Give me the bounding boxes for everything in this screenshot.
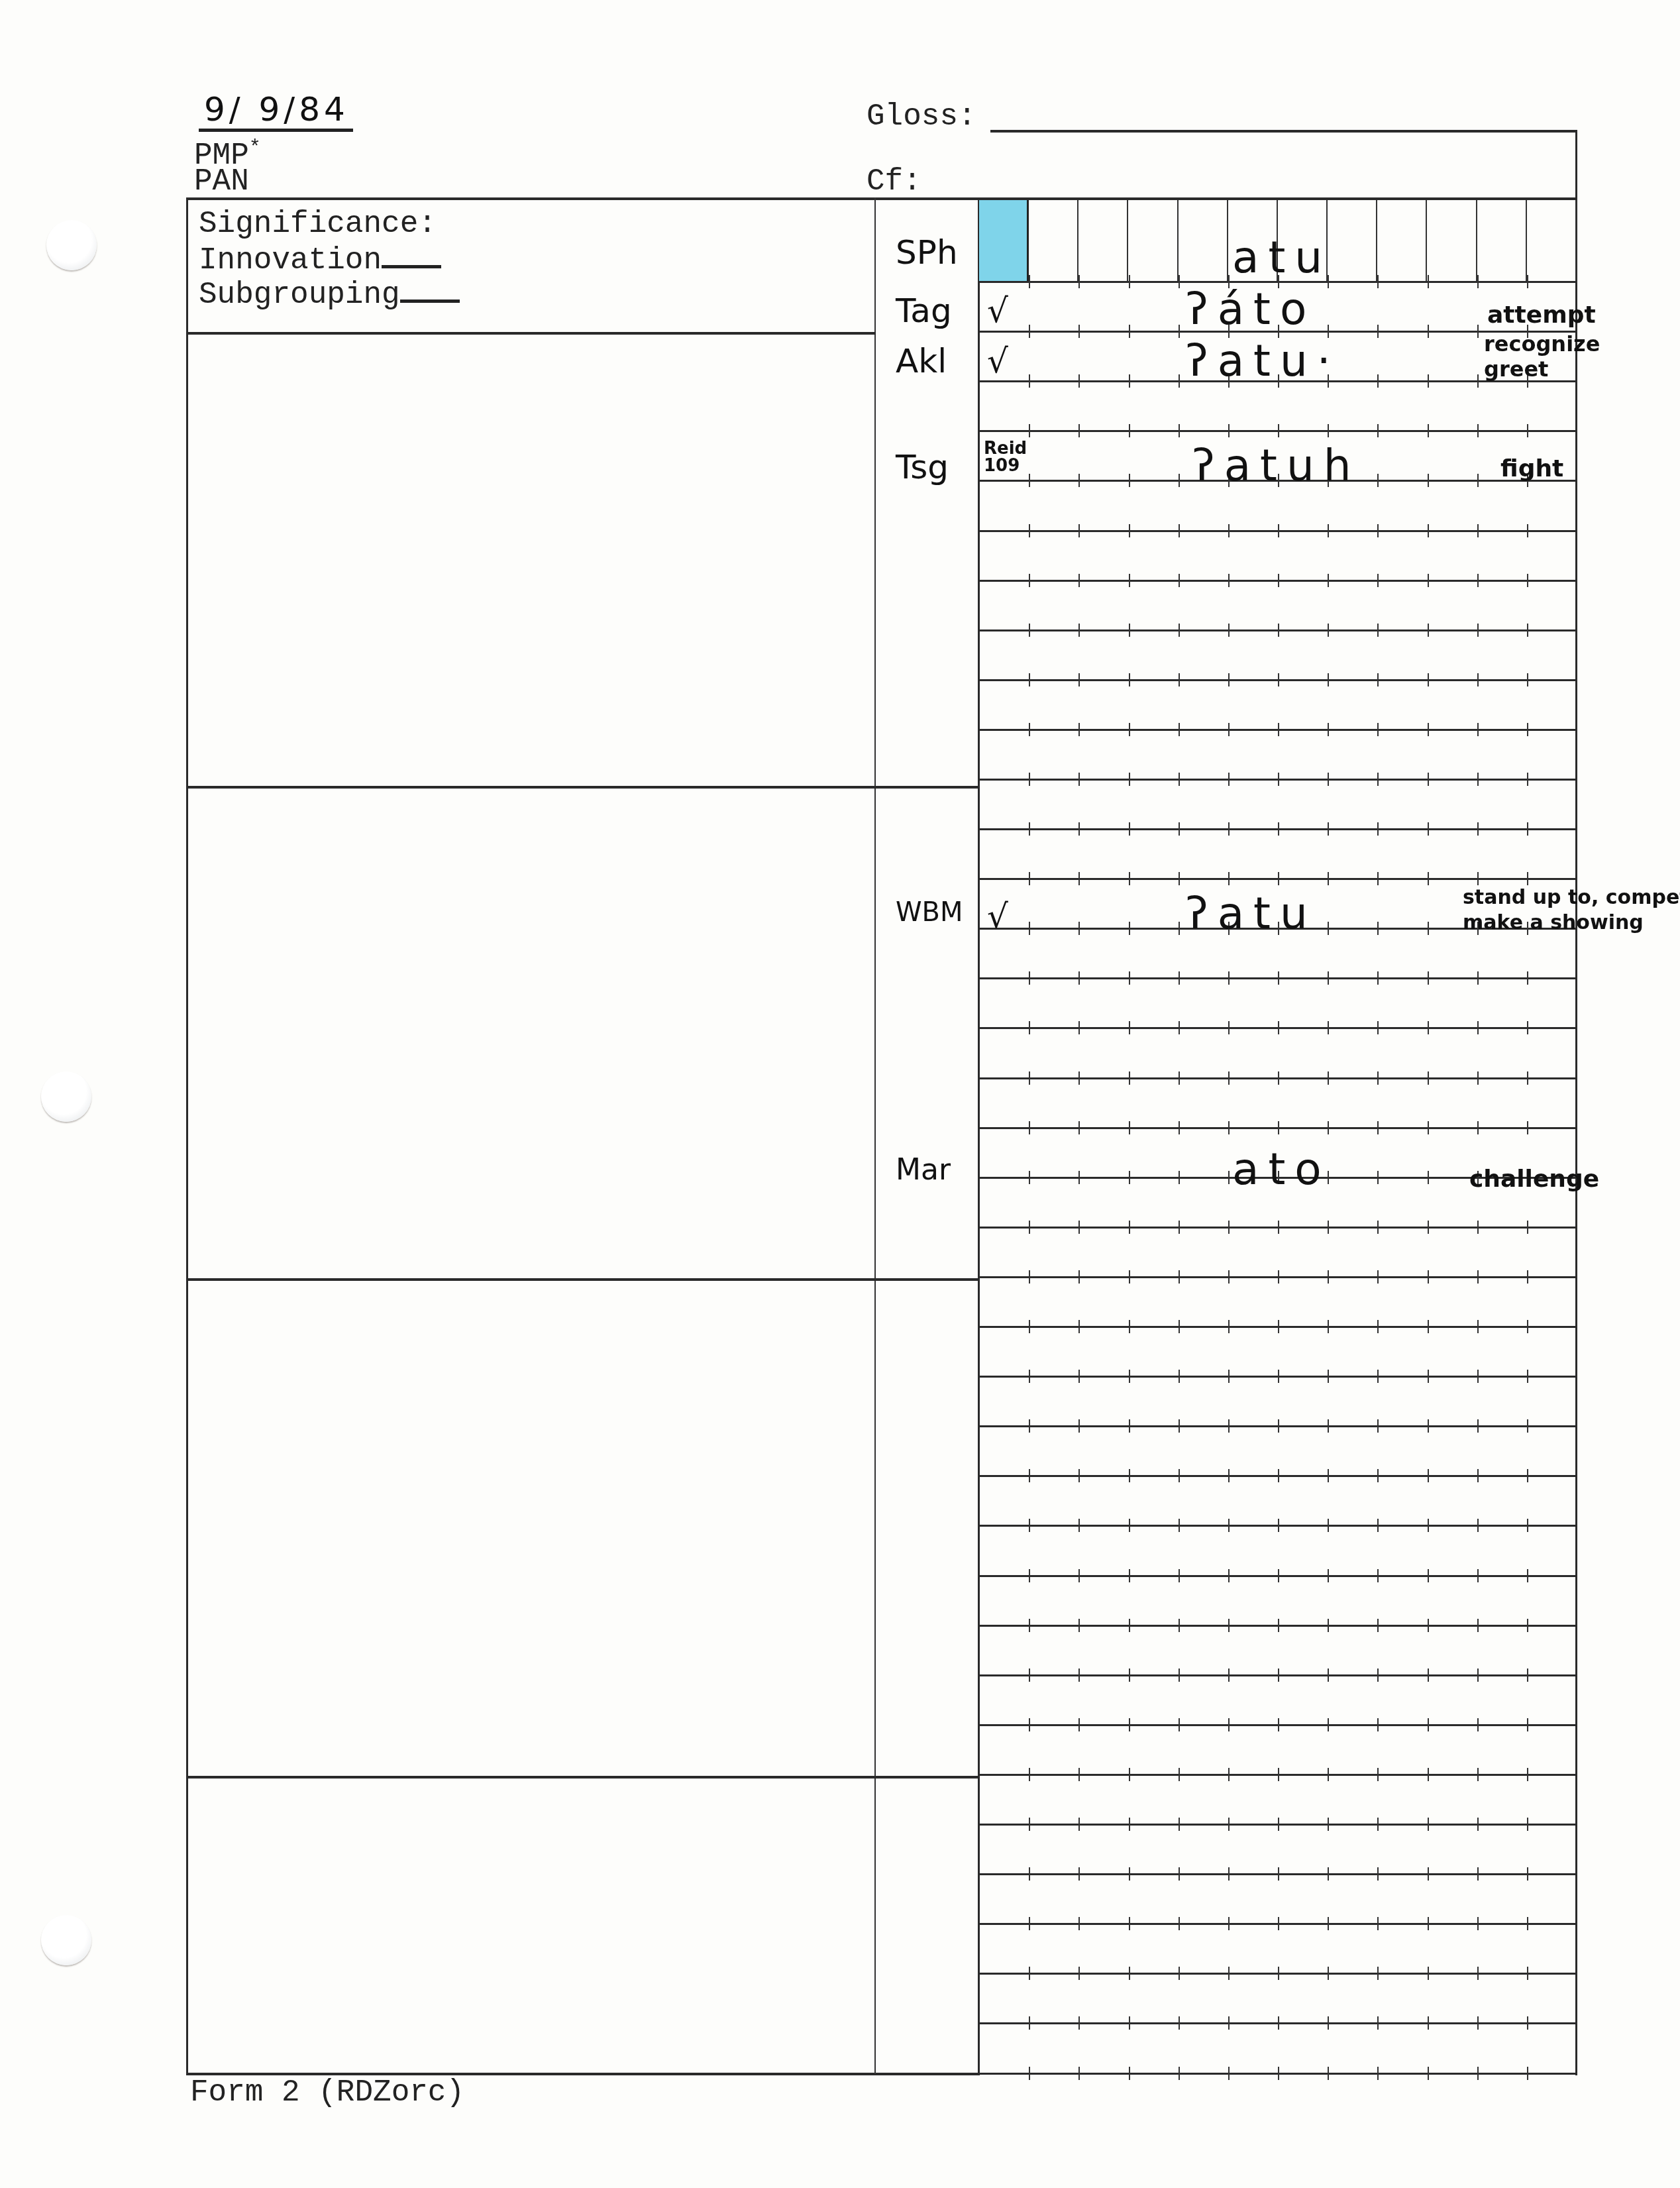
tick-mark bbox=[1328, 2067, 1329, 2080]
tick-mark bbox=[1228, 1320, 1230, 1333]
tick-mark bbox=[1228, 1519, 1230, 1532]
tick-mark bbox=[1228, 1419, 1230, 1433]
tick-mark bbox=[1179, 374, 1180, 388]
tick-mark bbox=[1328, 673, 1329, 686]
reflex-form: ʔatu bbox=[1186, 888, 1317, 939]
tick-mark bbox=[1377, 1619, 1379, 1632]
tick-mark bbox=[1029, 424, 1030, 437]
tick-mark bbox=[1278, 1668, 1279, 1682]
tick-mark bbox=[1179, 723, 1180, 736]
tick-mark bbox=[1179, 1419, 1180, 1433]
tick-mark bbox=[1129, 275, 1130, 288]
tick-mark bbox=[1278, 1370, 1279, 1383]
tick-mark bbox=[1477, 275, 1479, 288]
tick-mark bbox=[1377, 2016, 1379, 2030]
tick-mark bbox=[1179, 2067, 1180, 2080]
tick-mark bbox=[1029, 1270, 1030, 1284]
tick-mark bbox=[1078, 574, 1080, 587]
tick-mark bbox=[1428, 1718, 1429, 1731]
tick-mark bbox=[1179, 1967, 1180, 1980]
tick-mark bbox=[1477, 1519, 1479, 1532]
tick-mark bbox=[1129, 524, 1130, 537]
tick-mark bbox=[1179, 325, 1180, 338]
tick-mark bbox=[1179, 1121, 1180, 1134]
tick-mark bbox=[1078, 872, 1080, 885]
tick-mark bbox=[1428, 822, 1429, 836]
subgrouping-row: Subgrouping bbox=[199, 276, 460, 312]
tick-mark bbox=[1377, 1021, 1379, 1034]
tick-mark bbox=[1179, 574, 1180, 587]
tick-mark bbox=[1278, 971, 1279, 985]
tick-mark bbox=[1377, 723, 1379, 736]
tick-mark bbox=[1129, 574, 1130, 587]
tick-mark bbox=[1228, 1171, 1230, 1184]
sph-cell[interactable] bbox=[1377, 200, 1427, 281]
tick-mark bbox=[1228, 971, 1230, 985]
tick-mark bbox=[1377, 1469, 1379, 1482]
tick-mark bbox=[1129, 1519, 1130, 1532]
tick-mark bbox=[1179, 673, 1180, 686]
tick-mark bbox=[1477, 374, 1479, 388]
tick-mark bbox=[1377, 524, 1379, 537]
tick-mark bbox=[1179, 1270, 1180, 1284]
tick-mark bbox=[1477, 424, 1479, 437]
tick-mark bbox=[1129, 971, 1130, 985]
tick-mark bbox=[1078, 922, 1080, 935]
tick-mark bbox=[1428, 1569, 1429, 1582]
tick-mark bbox=[1078, 822, 1080, 836]
reflex-form: ʔatuh bbox=[1192, 440, 1361, 491]
tick-mark bbox=[1328, 1668, 1329, 1682]
tick-mark bbox=[1129, 1419, 1130, 1433]
tick-mark bbox=[1179, 2016, 1180, 2030]
tick-mark bbox=[1078, 1619, 1080, 1632]
tick-mark bbox=[1029, 1718, 1030, 1731]
tick-mark bbox=[1328, 1768, 1329, 1781]
tick-mark bbox=[1029, 2016, 1030, 2030]
tick-mark bbox=[1278, 1619, 1279, 1632]
tick-mark bbox=[1328, 872, 1329, 885]
tick-mark bbox=[1328, 1320, 1329, 1333]
tick-mark bbox=[1078, 524, 1080, 537]
innovation-row: Innovation bbox=[199, 241, 441, 278]
tick-mark bbox=[1377, 1768, 1379, 1781]
gloss-text: challenge bbox=[1469, 1168, 1599, 1191]
tick-mark bbox=[1278, 1071, 1279, 1085]
tick-mark bbox=[1377, 1171, 1379, 1184]
tick-mark bbox=[1278, 673, 1279, 686]
tick-mark bbox=[1078, 2067, 1080, 2080]
tick-mark bbox=[1029, 773, 1030, 786]
tick-mark bbox=[1377, 1718, 1379, 1731]
tick-mark bbox=[1129, 1917, 1130, 1930]
tick-mark bbox=[1078, 1071, 1080, 1085]
tick-mark bbox=[1278, 1917, 1279, 1930]
tick-mark bbox=[1179, 474, 1180, 487]
sph-cell[interactable] bbox=[1328, 200, 1377, 281]
tick-mark bbox=[1527, 1619, 1528, 1632]
tick-mark bbox=[1078, 1818, 1080, 1831]
cf-label: Cf: bbox=[866, 164, 921, 199]
tick-mark bbox=[1078, 1718, 1080, 1731]
gloss-text: recognize greet bbox=[1484, 331, 1600, 382]
tick-mark bbox=[1029, 1569, 1030, 1582]
reflex-form: ʔáto bbox=[1186, 284, 1316, 335]
tick-mark bbox=[1228, 1917, 1230, 1930]
tick-mark bbox=[1129, 1768, 1130, 1781]
tick-mark bbox=[1078, 1469, 1080, 1482]
check-mark: √ bbox=[987, 897, 1008, 936]
tick-mark bbox=[1129, 325, 1130, 338]
tick-mark bbox=[1029, 1668, 1030, 1682]
tick-mark bbox=[1129, 1370, 1130, 1383]
tick-mark bbox=[1228, 424, 1230, 437]
tick-mark bbox=[1029, 1768, 1030, 1781]
sph-cell[interactable] bbox=[1428, 200, 1477, 281]
tick-mark bbox=[1477, 1320, 1479, 1333]
sph-cell[interactable] bbox=[1078, 200, 1128, 281]
tick-mark bbox=[1179, 922, 1180, 935]
tick-mark bbox=[1428, 922, 1429, 935]
tick-mark bbox=[1078, 2016, 1080, 2030]
tick-mark bbox=[1129, 2067, 1130, 2080]
tick-mark bbox=[1129, 1171, 1130, 1184]
tick-mark bbox=[1129, 1221, 1130, 1234]
binder-hole-bottom bbox=[41, 1915, 91, 1965]
innovation-field[interactable] bbox=[382, 241, 441, 268]
tick-mark bbox=[1328, 1121, 1329, 1134]
tick-mark bbox=[1129, 773, 1130, 786]
tick-mark bbox=[1527, 1818, 1528, 1831]
tick-mark bbox=[1278, 1519, 1279, 1532]
tick-mark bbox=[1228, 2016, 1230, 2030]
tick-mark bbox=[1129, 474, 1130, 487]
tick-mark bbox=[1527, 1718, 1528, 1731]
tick-mark bbox=[1029, 1917, 1030, 1930]
tick-mark bbox=[1029, 1519, 1030, 1532]
tick-mark bbox=[1377, 773, 1379, 786]
tick-mark bbox=[1078, 325, 1080, 338]
tick-mark bbox=[1527, 275, 1528, 288]
tick-mark bbox=[1377, 325, 1379, 338]
tick-mark bbox=[1428, 1768, 1429, 1781]
tick-mark bbox=[1428, 1121, 1429, 1134]
tick-mark bbox=[1228, 673, 1230, 686]
tick-mark bbox=[1029, 574, 1030, 587]
tick-mark bbox=[1477, 1668, 1479, 1682]
tick-mark bbox=[1179, 1021, 1180, 1034]
source-label: Tsg bbox=[896, 448, 975, 486]
tick-mark bbox=[1377, 872, 1379, 885]
tick-mark bbox=[1129, 1619, 1130, 1632]
tick-mark bbox=[1228, 1469, 1230, 1482]
tick-mark bbox=[1377, 1519, 1379, 1532]
subgrouping-field[interactable] bbox=[400, 276, 460, 303]
tick-mark bbox=[1527, 723, 1528, 736]
tick-mark bbox=[1527, 872, 1528, 885]
tick-mark bbox=[1029, 1021, 1030, 1034]
tick-mark bbox=[1377, 1121, 1379, 1134]
tick-mark bbox=[1029, 2067, 1030, 2080]
tick-mark bbox=[1527, 1519, 1528, 1532]
tick-mark bbox=[1527, 822, 1528, 836]
tick-mark bbox=[1428, 474, 1429, 487]
tick-mark bbox=[1078, 474, 1080, 487]
tick-mark bbox=[1078, 1270, 1080, 1284]
tick-mark bbox=[1428, 872, 1429, 885]
tick-mark bbox=[1328, 1917, 1329, 1930]
source-column-divider bbox=[874, 197, 876, 2074]
tick-mark bbox=[1278, 424, 1279, 437]
tick-mark bbox=[1078, 971, 1080, 985]
gloss-text: stand up to, compete, make a showing bbox=[1463, 885, 1680, 936]
gloss-field[interactable] bbox=[990, 93, 1577, 127]
tick-mark bbox=[1527, 2067, 1528, 2080]
tick-mark bbox=[1377, 1370, 1379, 1383]
tick-mark bbox=[1179, 1818, 1180, 1831]
sph-cell[interactable] bbox=[1179, 200, 1228, 281]
tick-mark bbox=[1278, 1021, 1279, 1034]
tick-mark bbox=[1179, 1768, 1180, 1781]
tick-mark bbox=[1029, 325, 1030, 338]
tick-mark bbox=[1078, 1967, 1080, 1980]
tick-mark bbox=[1029, 1320, 1030, 1333]
tick-mark bbox=[1029, 723, 1030, 736]
binder-hole-middle bbox=[41, 1071, 91, 1122]
tick-mark bbox=[1377, 1320, 1379, 1333]
tick-mark bbox=[1527, 1071, 1528, 1085]
tick-mark bbox=[1328, 1370, 1329, 1383]
tick-mark bbox=[1278, 2067, 1279, 2080]
gloss-text: fight bbox=[1500, 457, 1563, 481]
tick-mark bbox=[1179, 524, 1180, 537]
tick-mark bbox=[1029, 1619, 1030, 1632]
sph-cell[interactable] bbox=[1129, 200, 1179, 281]
tick-mark bbox=[1477, 2067, 1479, 2080]
tick-mark bbox=[1328, 922, 1329, 935]
tick-mark bbox=[1029, 822, 1030, 836]
tick-mark bbox=[1228, 1668, 1230, 1682]
tick-mark bbox=[1278, 624, 1279, 637]
tick-mark bbox=[1328, 1270, 1329, 1284]
tick-mark bbox=[1029, 1171, 1030, 1184]
tick-mark bbox=[1228, 1619, 1230, 1632]
tick-mark bbox=[1129, 1469, 1130, 1482]
tick-mark bbox=[1477, 773, 1479, 786]
tick-mark bbox=[1228, 1768, 1230, 1781]
tick-mark bbox=[1527, 673, 1528, 686]
tick-mark bbox=[1179, 1171, 1180, 1184]
tick-mark bbox=[1428, 524, 1429, 537]
tick-mark bbox=[1328, 1718, 1329, 1731]
tick-mark bbox=[1328, 1519, 1329, 1532]
tick-mark bbox=[1179, 822, 1180, 836]
tick-mark bbox=[1078, 1021, 1080, 1034]
tick-mark bbox=[1179, 1718, 1180, 1731]
tick-mark bbox=[1477, 1121, 1479, 1134]
subgrouping-label: Subgrouping bbox=[199, 278, 400, 312]
tick-mark bbox=[1228, 1967, 1230, 1980]
tick-mark bbox=[1278, 1867, 1279, 1881]
tick-mark bbox=[1228, 1569, 1230, 1582]
gloss-text: attempt bbox=[1487, 303, 1596, 327]
tick-mark bbox=[1477, 673, 1479, 686]
tick-mark bbox=[1477, 624, 1479, 637]
tick-mark bbox=[1078, 773, 1080, 786]
tick-mark bbox=[1328, 524, 1329, 537]
tick-mark bbox=[1377, 1917, 1379, 1930]
tick-mark bbox=[1078, 1768, 1080, 1781]
tick-mark bbox=[1129, 1818, 1130, 1831]
tick-mark bbox=[1029, 673, 1030, 686]
tick-mark bbox=[1328, 2016, 1329, 2030]
tick-mark bbox=[1179, 1071, 1180, 1085]
tick-mark bbox=[1428, 673, 1429, 686]
tick-mark bbox=[1428, 275, 1429, 288]
reflex-form: ʔatu· bbox=[1186, 335, 1340, 386]
tick-mark bbox=[1029, 971, 1030, 985]
tick-mark bbox=[1228, 2067, 1230, 2080]
tick-mark bbox=[1179, 1619, 1180, 1632]
sph-cell[interactable] bbox=[1527, 200, 1577, 281]
tick-mark bbox=[1129, 424, 1130, 437]
tick-mark bbox=[1377, 1221, 1379, 1234]
check-mark: √ bbox=[987, 292, 1008, 330]
tick-mark bbox=[1477, 1867, 1479, 1881]
tick-mark bbox=[1428, 1071, 1429, 1085]
tick-mark bbox=[1428, 1320, 1429, 1333]
tick-mark bbox=[1527, 773, 1528, 786]
tick-mark bbox=[1179, 1668, 1180, 1682]
tick-mark bbox=[1078, 424, 1080, 437]
tick-mark bbox=[1129, 1867, 1130, 1881]
tick-mark bbox=[1377, 275, 1379, 288]
tick-mark bbox=[1527, 1867, 1528, 1881]
tick-mark bbox=[1377, 574, 1379, 587]
tick-mark bbox=[1328, 574, 1329, 587]
tick-mark bbox=[1129, 2016, 1130, 2030]
tick-mark bbox=[1029, 524, 1030, 537]
tick-mark bbox=[1078, 1370, 1080, 1383]
tick-mark bbox=[1428, 1519, 1429, 1532]
innovation-label: Innovation bbox=[199, 243, 382, 278]
tick-mark bbox=[1078, 1419, 1080, 1433]
tick-mark bbox=[1428, 1818, 1429, 1831]
tick-mark bbox=[1078, 1917, 1080, 1930]
tick-mark bbox=[1428, 574, 1429, 587]
tick-mark bbox=[1179, 773, 1180, 786]
tick-mark bbox=[1328, 723, 1329, 736]
cf-field[interactable] bbox=[927, 159, 1570, 199]
tick-mark bbox=[1129, 1718, 1130, 1731]
tick-mark bbox=[1527, 1569, 1528, 1582]
notes-area-3[interactable] bbox=[188, 1281, 874, 1775]
gloss-label: Gloss: bbox=[866, 99, 976, 134]
tick-mark bbox=[1278, 1221, 1279, 1234]
notes-area-2[interactable] bbox=[188, 789, 874, 1278]
tick-mark bbox=[1278, 1818, 1279, 1831]
tick-mark bbox=[1078, 1867, 1080, 1881]
tick-mark bbox=[1179, 624, 1180, 637]
tick-mark bbox=[1428, 1021, 1429, 1034]
tick-mark bbox=[1228, 822, 1230, 836]
notes-area-1[interactable] bbox=[188, 335, 874, 785]
tick-mark bbox=[1228, 624, 1230, 637]
tick-mark bbox=[1377, 2067, 1379, 2080]
tick-mark bbox=[1278, 1270, 1279, 1284]
tick-mark bbox=[1428, 2067, 1429, 2080]
tick-mark bbox=[1029, 1469, 1030, 1482]
tick-mark bbox=[1328, 1071, 1329, 1085]
tick-mark bbox=[1377, 1967, 1379, 1980]
tick-mark bbox=[1078, 374, 1080, 388]
tick-mark bbox=[1278, 1419, 1279, 1433]
tick-mark bbox=[1328, 1469, 1329, 1482]
tick-mark bbox=[1477, 325, 1479, 338]
tick-mark bbox=[1428, 1668, 1429, 1682]
tick-mark bbox=[1129, 1668, 1130, 1682]
tick-mark bbox=[1428, 971, 1429, 985]
tick-mark bbox=[1029, 1071, 1030, 1085]
tick-mark bbox=[1278, 1768, 1279, 1781]
tick-mark bbox=[1527, 1370, 1528, 1383]
tick-mark bbox=[1129, 1121, 1130, 1134]
tick-mark bbox=[1477, 1270, 1479, 1284]
tick-mark bbox=[1428, 1967, 1429, 1980]
tick-mark bbox=[1377, 1867, 1379, 1881]
tick-mark bbox=[1029, 275, 1030, 288]
tick-mark bbox=[1328, 822, 1329, 836]
sph-cell[interactable] bbox=[1477, 200, 1527, 281]
tick-mark bbox=[1328, 424, 1329, 437]
tick-mark bbox=[1129, 1071, 1130, 1085]
tick-mark bbox=[1179, 872, 1180, 885]
notes-area-4[interactable] bbox=[188, 1778, 874, 2071]
tick-mark bbox=[1328, 1619, 1329, 1632]
tick-mark bbox=[1527, 1320, 1528, 1333]
tick-mark bbox=[1428, 1917, 1429, 1930]
tick-mark bbox=[1278, 1121, 1279, 1134]
tick-mark bbox=[1179, 1917, 1180, 1930]
source-label: WBM bbox=[896, 897, 975, 928]
tick-mark bbox=[1129, 624, 1130, 637]
tick-mark bbox=[1477, 2016, 1479, 2030]
reconstructed-form: atu bbox=[1232, 232, 1332, 283]
highlighted-cell[interactable] bbox=[979, 200, 1029, 281]
tick-mark bbox=[1477, 1718, 1479, 1731]
tick-mark bbox=[1179, 1320, 1180, 1333]
tick-mark bbox=[1328, 1569, 1329, 1582]
tick-mark bbox=[1477, 1419, 1479, 1433]
sph-cell[interactable] bbox=[1029, 200, 1078, 281]
tick-mark bbox=[1029, 1867, 1030, 1881]
tick-mark bbox=[1078, 723, 1080, 736]
tick-mark bbox=[1377, 374, 1379, 388]
tick-mark bbox=[1428, 1221, 1429, 1234]
tick-mark bbox=[1228, 1221, 1230, 1234]
tick-mark bbox=[1278, 723, 1279, 736]
tick-mark bbox=[1078, 1221, 1080, 1234]
tick-mark bbox=[1078, 1668, 1080, 1682]
tick-mark bbox=[1428, 1370, 1429, 1383]
tick-mark bbox=[1328, 1021, 1329, 1034]
tick-mark bbox=[1179, 1519, 1180, 1532]
tick-mark bbox=[1228, 1121, 1230, 1134]
tick-mark bbox=[1129, 872, 1130, 885]
tick-mark bbox=[1527, 524, 1528, 537]
tick-mark bbox=[1527, 971, 1528, 985]
tick-mark bbox=[1228, 1071, 1230, 1085]
